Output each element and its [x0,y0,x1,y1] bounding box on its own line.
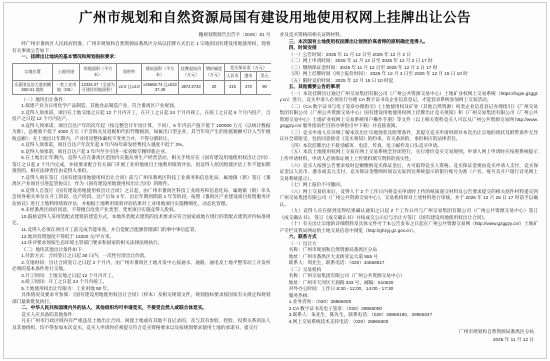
paragraph: 3.竞得人须承诺，项目自达产年的次年起（按完整会计年度计算，下同），5 年内亩产… [12,123,271,143]
cell-location: 乐嘉围及达大道南侧 X50-21 地块 [13,80,53,94]
paragraph: 2.竞得人须承诺，项目在土地交地之日起 12 个月内开工，在开工之日起 24 个… [12,110,271,123]
paragraph: 6.在土地出让年期内，竞得人应在番禺区范围内实施从事生产经营活动，相关手续应在《… [12,155,271,175]
col-header-land-use: 土地用途 [53,63,80,80]
paragraph: （八）网上交易结束后，竞得人于 2 个工作日内将竞买申请时上传的纸质递交材料及公… [280,189,539,209]
cell-deposit-rmb: 415 [225,80,241,94]
cell-deposit-usd: 90 [257,80,271,94]
col-header-location: 宗地位置 [13,63,53,80]
paragraph: （九）竞得人应在接到竞得结果确认通知之日起 2 个工作日内与广州交易集团有限公司… [280,208,539,221]
paragraph: 8.竞得人自签订《国有建设用地使用权出让合同》之日起，由广州市番禺区科技工业商务… [12,188,271,208]
table-header-row: 宗地位置 土地用途 用地面积（平方米） 容积率 建筑面积（平方米） 挂牌起始价（… [13,63,271,72]
col-header-deposit-hkd: 港币 [241,72,257,81]
cell-gfa: ≥26668.74 且≤53337.49 [142,80,179,94]
paragraph: （三）竞买申请人应详细了解本次出让宗地现状及附带条件，其提交竞买申请时即对本次出… [280,130,539,143]
col-header-land-area: 用地面积（平方米） [80,63,117,80]
col-header-deposit-rmb: 人民币 [225,72,241,81]
cell-increment: 20 [204,80,225,94]
signature-date: 2025 年 11 月 12 日 [280,336,535,344]
right-paragraph-list: 业及竞买资格的相关证明材料。三、本次国有土地使用权挂牌出让按照价高者得的原则确定… [280,32,539,325]
two-column-body: 穗规划资源告出告字〔2025〕81 号 经广州市番禺区人民政府批准，广州市规划和… [12,32,538,343]
intro-paragraph: 经广州市番禺区人民政府批准，广州市规划和自然资源局番禺区分局以挂牌方式出让 1 … [12,41,271,54]
table-row: 乐嘉围及达大道南侧 X50-21 地块 一类工业用地（M1） 13334.37（… [13,80,271,94]
signature-org: 广州市规划和自然资源局番禺区分局 [280,328,535,336]
paragraph: 具体情况及要求可参阅：《国有建设用地使用权出让合同》（样本）及相关规划文件，规划… [12,292,271,305]
paragraph: （五）本次土地使用权网上交易在网上交易系统全封闭进行，实行增价竞买交易规则。申请… [280,149,539,162]
cell-land-area: 13334.37（全部为可建设用地面积） [80,80,117,94]
announcement-page: 广州市规划和自然资源局国有建设用地使用权网上挂牌出让公告 穗规划资源告出告字〔2… [3,2,547,359]
paragraph: 4.网上交易系统技术支持电话：（020）28866000 [280,319,539,326]
land-parcel-table: 宗地位置 土地用途 用地面积（平方米） 容积率 建筑面积（平方米） 挂牌起始价（… [12,63,271,95]
col-header-start-price: 挂牌起始价（万元） [179,63,204,80]
col-header-increment: 增价幅度（万元） [204,63,225,80]
cell-deposit-hkd: 470 [241,80,257,94]
page-title: 广州市规划和自然资源局国有建设用地使用权网上挂牌出让公告 [12,10,538,26]
section-1-heading: 一、挂牌出让地块的基本情况和规划指标要求： [12,54,271,61]
left-paragraph-list: （一）地块出让条件：1.拟建产业为日用化学产品制造、其他食品制造产业，符合番禺区… [12,97,271,332]
col-header-deposit: 竞买保证金（万元） [225,63,271,72]
signature-block: 广州市规划和自然资源局番禺区分局 2025 年 11 月 12 日 [280,328,539,343]
col-header-deposit-usd: 美元 [257,72,271,81]
paragraph: 10.鼓励竞得人采用装配式建筑的建造方式，本地块装配式建筑的技术要求应符合国家或… [12,214,271,227]
col-header-far: 容积率 [117,63,142,80]
document-number: 穗规划资源告出告字〔2025〕81 号 [12,32,271,39]
paragraph: （十）有关出让宗地的详细资料及具体文件可于本公告发布之日起在广州公共资源交易网（… [280,221,539,234]
cell-start-price: 3672.5733 [179,80,204,94]
left-column: 穗规划资源告出告字〔2025〕81 号 经广州市番禺区人民政府批准，广州市规划和… [12,32,271,343]
paragraph: 2.交地时间：出让合同签订之日起 3 个月内，由广州市番禺区土地开发中心按通水、… [12,260,271,273]
right-column: 业及竞买资格的相关证明材料。三、本次国有土地使用权挂牌出让按照价高者得的原则确定… [280,32,539,343]
paragraph: （一）本次挂牌出让通过广州交易集团有限公司（广州公共资源交易中心）土地矿业权网上… [280,91,539,104]
paragraph: 凡在广州市行政区域内有严重违反土地出让合同、闲置土地或有其他不良记录的，及与其有… [12,318,271,331]
paragraph: （六）竞买人按照公告要求按时足额缴纳竞买保证金后，方可取得竞买人资格。竞买保证金… [280,163,539,183]
col-header-gfa: 建筑面积（平方米） [142,63,179,80]
cell-land-use: 一类工业用地（M1） [53,80,80,94]
paragraph: （二）《CA 数字证书与电子签章办理指引》《土地使用权及矿业（其他自然资源）权类… [280,104,539,130]
paragraph: 7.竞得人须在签订《国有建设用地使用权出让合同》前与广州市番禺区科技工业商务和信… [12,175,271,188]
cell-far: ≥2.0 且≤4.0 [117,80,142,94]
